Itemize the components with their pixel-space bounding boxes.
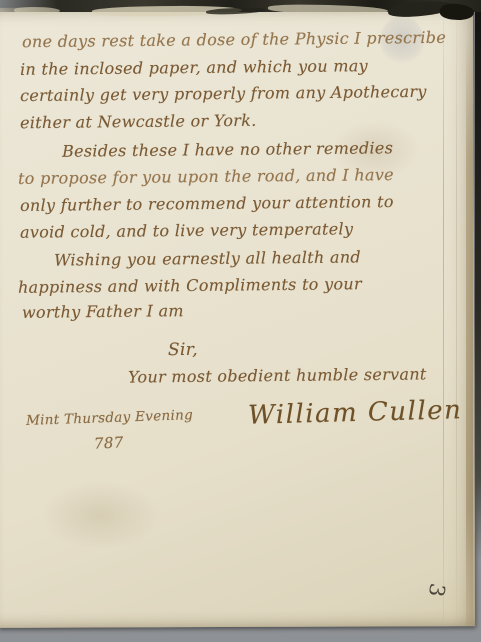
letter-line: avoid cold, and to live very temperately (20, 219, 353, 241)
fold-crease (443, 12, 444, 620)
letter-line: happiness and with Compliments to your (18, 274, 362, 297)
fold-crease (456, 12, 457, 620)
letter-line: Wishing you earnestly all health and (54, 247, 361, 269)
letter-line: Besides these I have no other remedies (62, 138, 393, 160)
letter-line: to propose for you upon the road, and I … (18, 165, 394, 188)
manuscript-photo: one days rest take a dose of the Physic … (0, 0, 481, 642)
page-edge-shadow (466, 40, 473, 625)
letter-line: worthy Father I am (22, 301, 184, 322)
year-numeral: 787 (94, 433, 124, 453)
paper-stain (40, 480, 160, 550)
letter-line: in the inclosed paper, and which you may (20, 56, 368, 79)
letter-line: only further to recommend your attention… (20, 192, 394, 215)
torn-paper-bit (14, 7, 60, 14)
valediction: Your most obedient humble servant (128, 364, 427, 386)
letter-line: either at Newcastle or York. (20, 111, 257, 132)
salutation: Sir, (168, 340, 198, 360)
background-gap (475, 0, 481, 560)
signature: William Cullen (248, 395, 463, 431)
